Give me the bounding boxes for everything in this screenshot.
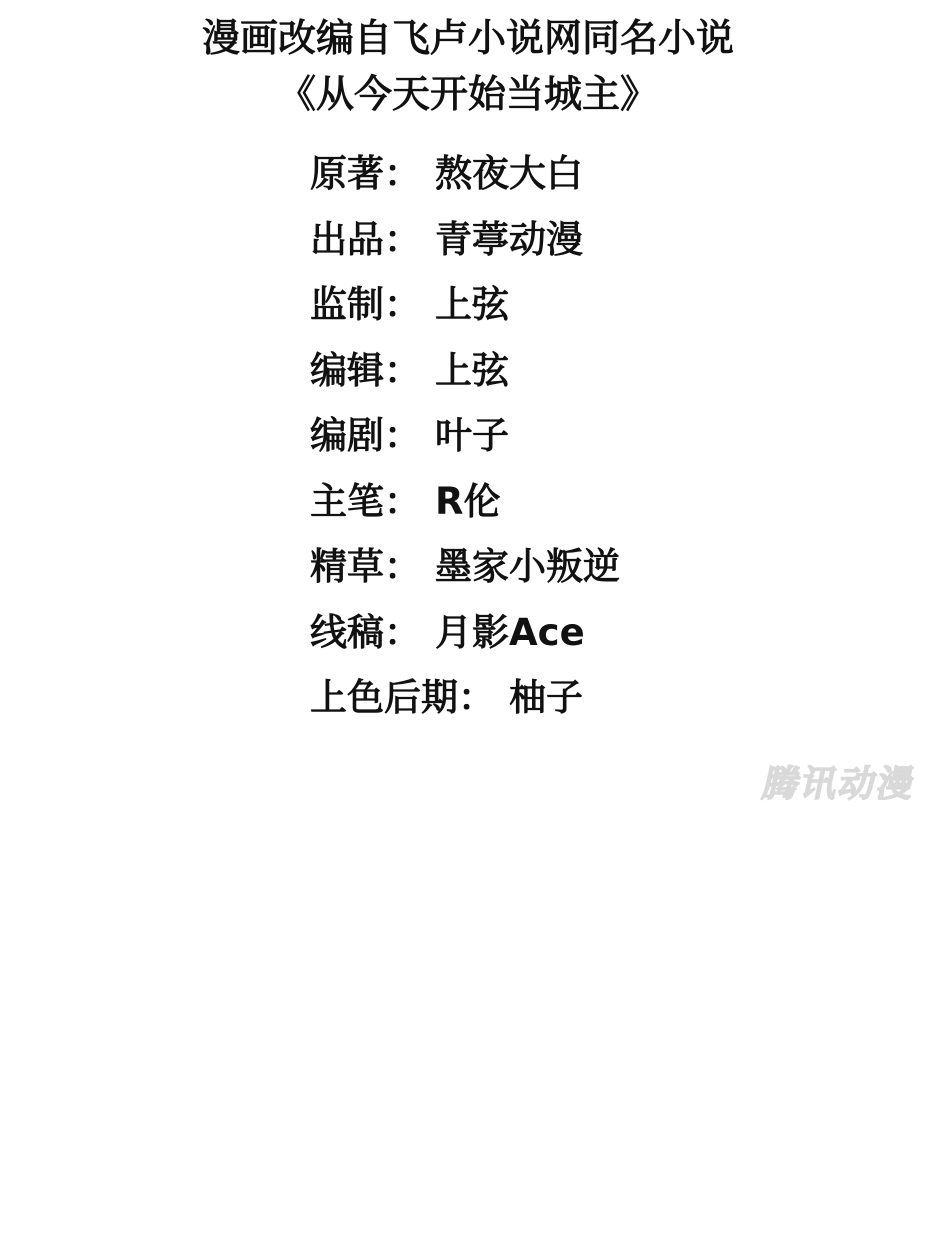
title-line-2: 《从今天开始当城主》 xyxy=(0,66,936,122)
credits-page: 漫画改编自飞卢小说网同名小说 《从今天开始当城主》 原著：熬夜大白 出品：青葶动… xyxy=(0,0,936,1249)
credit-role: 主笔 xyxy=(310,480,384,523)
credit-row-original-author: 原著：熬夜大白 xyxy=(310,141,620,207)
credit-name: R伦 xyxy=(435,480,501,523)
credit-name: 月影Ace xyxy=(435,611,585,654)
credit-role: 原著 xyxy=(310,152,384,195)
credit-name: 上弦 xyxy=(435,349,509,392)
credit-colon: ： xyxy=(384,218,421,261)
credit-role: 监制 xyxy=(310,283,384,326)
credit-role: 编辑 xyxy=(310,349,384,392)
credit-colon: ： xyxy=(458,676,495,719)
credit-row-coloring-post: 上色后期：柚子 xyxy=(310,665,620,731)
credit-role: 线稿 xyxy=(310,611,384,654)
credit-colon: ： xyxy=(384,414,421,457)
credit-colon: ： xyxy=(384,480,421,523)
credit-colon: ： xyxy=(384,283,421,326)
credit-colon: ： xyxy=(384,152,421,195)
credit-colon: ： xyxy=(384,611,421,654)
credit-name: 上弦 xyxy=(435,283,509,326)
credit-row-lead-artist: 主笔：R伦 xyxy=(310,469,620,535)
credit-row-producer: 出品：青葶动漫 xyxy=(310,207,620,273)
credits-list: 原著：熬夜大白 出品：青葶动漫 监制：上弦 编辑：上弦 编剧：叶子 主笔：R伦 … xyxy=(310,141,620,731)
credit-name: 柚子 xyxy=(509,676,583,719)
title-block: 漫画改编自飞卢小说网同名小说 《从今天开始当城主》 xyxy=(0,10,936,122)
title-line-1: 漫画改编自飞卢小说网同名小说 xyxy=(0,10,936,66)
credit-row-supervisor: 监制：上弦 xyxy=(310,272,620,338)
credit-row-screenwriter: 编剧：叶子 xyxy=(310,403,620,469)
credit-name: 青葶动漫 xyxy=(435,218,583,261)
credit-row-editor: 编辑：上弦 xyxy=(310,338,620,404)
credit-row-line-art: 线稿：月影Ace xyxy=(310,600,620,666)
credit-role: 编剧 xyxy=(310,414,384,457)
credit-name: 叶子 xyxy=(435,414,509,457)
credit-row-refined-draft: 精草：墨家小叛逆 xyxy=(310,534,620,600)
credit-name: 熬夜大白 xyxy=(435,152,583,195)
tencent-comics-watermark: 腾讯动漫 xyxy=(759,756,922,807)
credit-colon: ： xyxy=(384,349,421,392)
credit-name: 墨家小叛逆 xyxy=(435,545,620,588)
credit-role: 出品 xyxy=(310,218,384,261)
credit-role: 精草 xyxy=(310,545,384,588)
credit-colon: ： xyxy=(384,545,421,588)
credit-role: 上色后期 xyxy=(310,676,458,719)
